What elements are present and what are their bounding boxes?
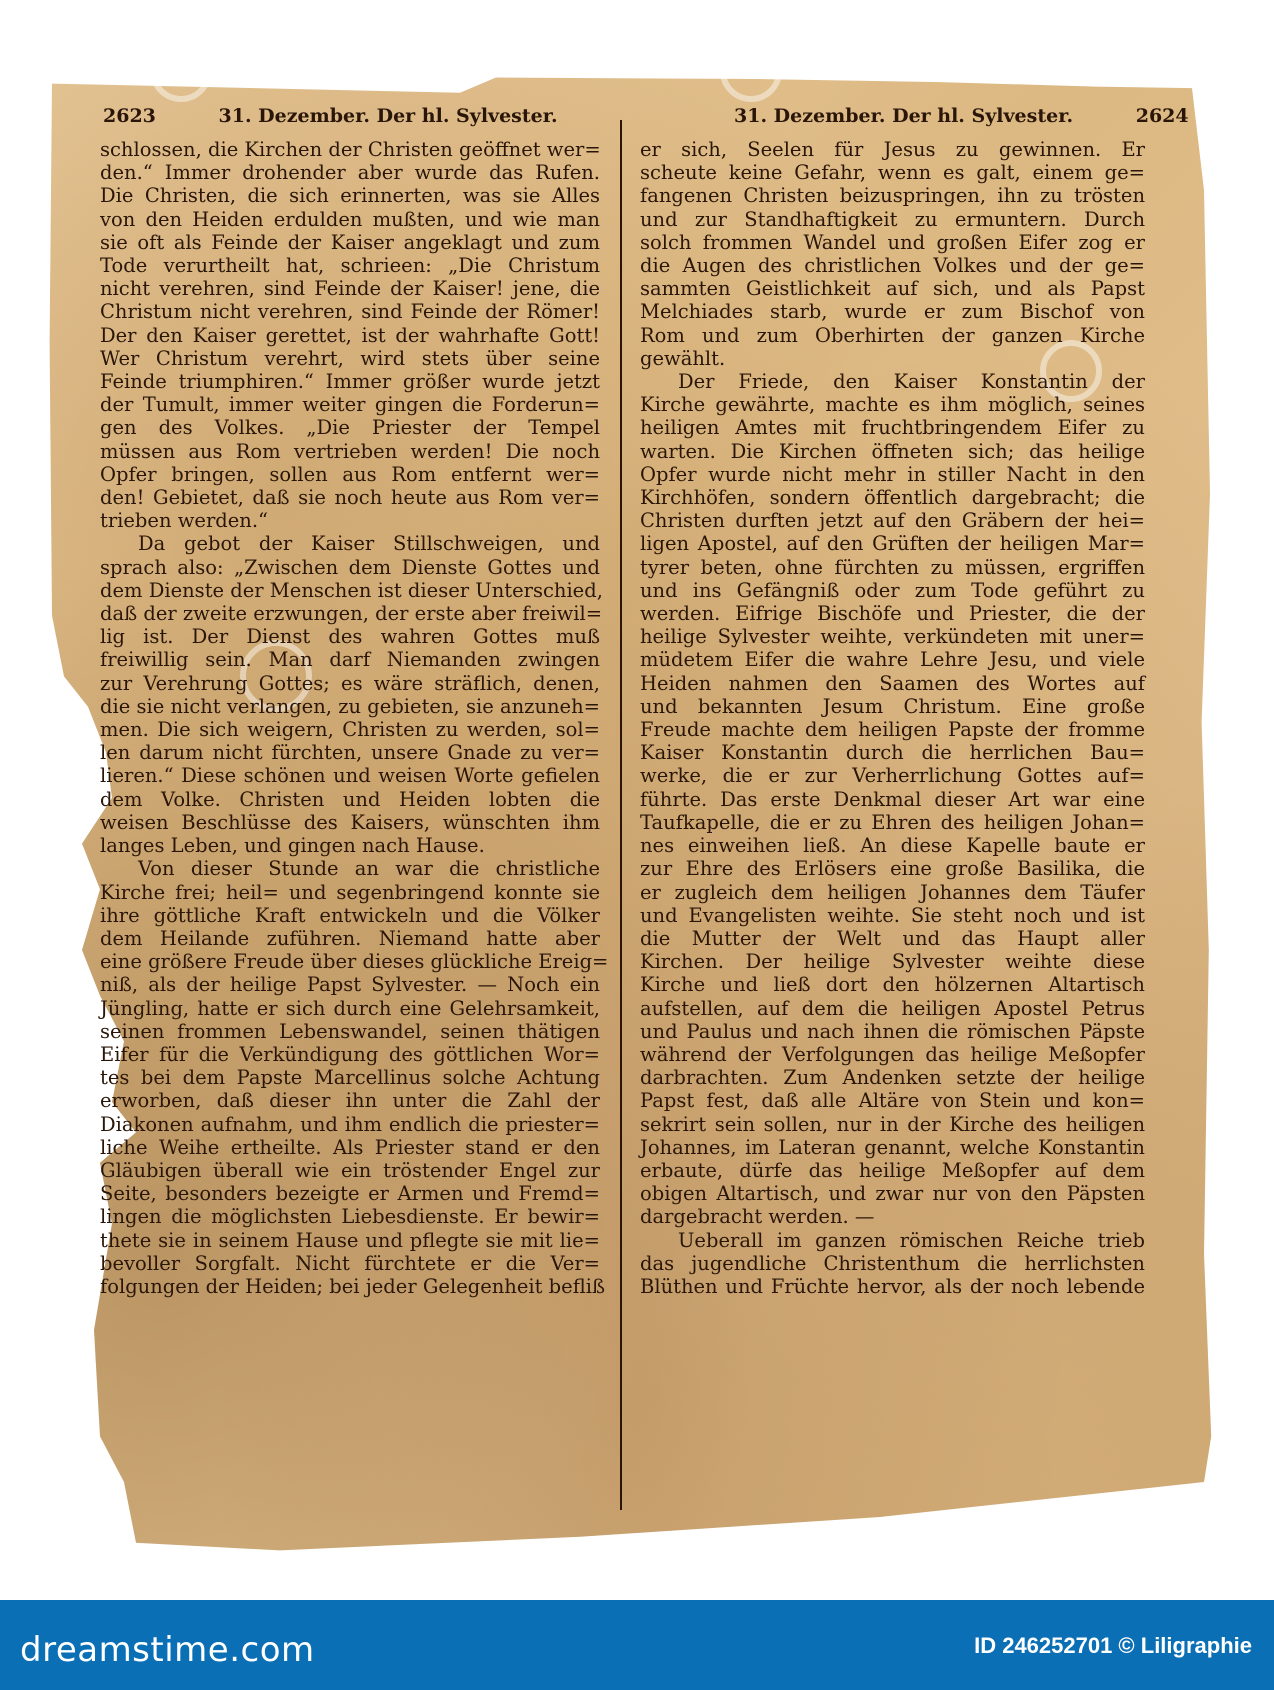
text-line: seinen frommen Lebenswandel, seinen thät… xyxy=(100,1020,600,1043)
text-line: ihre göttliche Kraft entwickeln und die … xyxy=(100,904,600,927)
text-line: Jüngling, hatte er sich durch eine Geleh… xyxy=(100,997,600,1020)
text-line: und Paulus und nach ihnen die römischen … xyxy=(640,1020,1145,1043)
text-line: müdetem Eifer die wahre Lehre Jesu, und … xyxy=(640,648,1145,671)
text-line: Der Friede, den Kaiser Konstantin der xyxy=(640,370,1145,393)
text-line: thete sie in seinem Hause und pflegte si… xyxy=(100,1229,600,1252)
text-line: Kirche gewährte, machte es ihm möglich, … xyxy=(640,393,1145,416)
text-line: den! Gebietet, daß sie noch heute aus Ro… xyxy=(100,486,600,509)
text-line: Da gebot der Kaiser Stillschweigen, und xyxy=(100,532,600,555)
text-line: gen des Volkes. „Die Priester der Tempel xyxy=(100,416,600,439)
text-line: Freude machte dem heiligen Papste der fr… xyxy=(640,718,1145,741)
text-line: heiligen Amtes mit fruchtbringendem Eife… xyxy=(640,416,1145,439)
text-line: aufstellen, auf dem die heiligen Apostel… xyxy=(640,997,1145,1020)
text-line: werden. Eifrige Bischöfe und Priester, d… xyxy=(640,602,1145,625)
text-line: die Mutter der Welt und das Haupt aller xyxy=(640,927,1145,950)
column-divider xyxy=(620,120,622,1510)
text-line: Opfer wurde nicht mehr in stiller Nacht … xyxy=(640,463,1145,486)
text-line: die Augen des christlichen Volkes und de… xyxy=(640,254,1145,277)
text-line: daß der zweite erzwungen, der erste aber… xyxy=(100,602,600,625)
text-line: Feinde triumphiren.“ Immer größer wurde … xyxy=(100,370,600,393)
text-line: dem Dienste der Menschen ist dieser Unte… xyxy=(100,579,600,602)
text-line: tes bei dem Papste Marcellinus solche Ac… xyxy=(100,1066,600,1089)
text-line: trieben werden.“ xyxy=(100,509,600,532)
text-line: langes Leben, und gingen nach Hause. xyxy=(100,834,600,857)
text-line: Diakonen aufnahm, und ihm endlich die pr… xyxy=(100,1113,600,1136)
right-page-header: 31. Dezember. Der hl. Sylvester. 2624 xyxy=(734,105,1189,127)
text-line: lieren.“ Diese schönen und weisen Worte … xyxy=(100,764,600,787)
text-line: zur Ehre des Erlösers eine große Basilik… xyxy=(640,857,1145,880)
text-line: von den Heiden erdulden mußten, und wie … xyxy=(100,208,600,231)
text-line: eine größere Freude über dieses glücklic… xyxy=(100,950,600,973)
text-line: gewählt. xyxy=(640,347,1145,370)
text-line: sprach also: „Zwischen dem Dienste Gotte… xyxy=(100,556,600,579)
text-line: Der den Kaiser gerettet, ist der wahrhaf… xyxy=(100,324,600,347)
text-line: sie oft als Feinde der Kaiser angeklagt … xyxy=(100,231,600,254)
text-line: weisen Beschlüsse des Kaisers, wünschten… xyxy=(100,811,600,834)
text-line: Tode verurtheilt hat, schrieen: „Die Chr… xyxy=(100,254,600,277)
text-line: Ueberall im ganzen römischen Reiche trie… xyxy=(640,1229,1145,1252)
text-line: Wer Christum verehrt, wird stets über se… xyxy=(100,347,600,370)
text-line: tyrer beten, ohne fürchten zu müssen, er… xyxy=(640,556,1145,579)
text-line: müssen aus Rom vertrieben werden! Die no… xyxy=(100,440,600,463)
text-line: lingen die möglichsten Liebesdienste. Er… xyxy=(100,1205,600,1228)
text-line: Johannes, im Lateran genannt, welche Kon… xyxy=(640,1136,1145,1159)
text-line: Kirche frei; heil= und segenbringend kon… xyxy=(100,881,600,904)
text-line: Eifer für die Verkündigung des göttliche… xyxy=(100,1043,600,1066)
text-line: Kirchen. Der heilige Sylvester weihte di… xyxy=(640,950,1145,973)
text-line: Opfer bringen, sollen aus Rom entfernt w… xyxy=(100,463,600,486)
text-line: freiwillig sein. Man darf Niemanden zwin… xyxy=(100,648,600,671)
text-line: folgungen der Heiden; bei jeder Gelegenh… xyxy=(100,1275,600,1298)
text-line: Kirche und ließ dort den hölzernen Altar… xyxy=(640,973,1145,996)
text-line: Kaiser Konstantin durch die herrlichen B… xyxy=(640,741,1145,764)
text-line: führte. Das erste Denkmal dieser Art war… xyxy=(640,788,1145,811)
left-text-column: schlossen, die Kirchen der Christen geöf… xyxy=(100,138,600,1298)
text-line: Heiden nahmen den Saamen des Wortes auf xyxy=(640,672,1145,695)
dreamstime-logo: dreamstime.com xyxy=(20,1630,315,1670)
text-line: men. Die sich weigern, Christen zu werde… xyxy=(100,718,600,741)
text-line: dem Heilande zuführen. Niemand hatte abe… xyxy=(100,927,600,950)
text-line: liche Weihe ertheilte. Als Priester stan… xyxy=(100,1136,600,1159)
text-line: und bekannten Jesum Christum. Eine große xyxy=(640,695,1145,718)
text-line: Von dieser Stunde an war die christliche xyxy=(100,857,600,880)
text-line: er sich, Seelen für Jesus zu gewinnen. E… xyxy=(640,138,1145,161)
text-line: Rom und zum Oberhirten der ganzen Kirche xyxy=(640,324,1145,347)
text-line: scheute keine Gefahr, wenn es galt, eine… xyxy=(640,161,1145,184)
text-line: Christen durften jetzt auf den Gräbern d… xyxy=(640,509,1145,532)
text-line: darbrachten. Zum Andenken setzte der hei… xyxy=(640,1066,1145,1089)
text-line: erworben, daß dieser ihn unter die Zahl … xyxy=(100,1089,600,1112)
text-line: und Evangelisten weihte. Sie steht noch … xyxy=(640,904,1145,927)
watermark-spiral-icon xyxy=(150,40,212,102)
left-running-title: 31. Dezember. Der hl. Sylvester. xyxy=(219,105,558,127)
text-line: dem Volke. Christen und Heiden lobten di… xyxy=(100,788,600,811)
text-line: Christum nicht verehren, sind Feinde der… xyxy=(100,300,600,323)
text-line: lig ist. Der Dienst des wahren Gottes mu… xyxy=(100,625,600,648)
text-line: heilige Sylvester weihte, verkündeten mi… xyxy=(640,625,1145,648)
right-page-number: 2624 xyxy=(1136,105,1189,127)
text-line: dargebracht werden. — xyxy=(640,1205,1145,1228)
text-line: nicht verehren, sind Feinde der Kaiser! … xyxy=(100,277,600,300)
text-line: werke, die er zur Verherrlichung Gottes … xyxy=(640,764,1145,787)
text-line: und ins Gefängniß oder zum Tode geführt … xyxy=(640,579,1145,602)
right-running-title: 31. Dezember. Der hl. Sylvester. xyxy=(734,105,1073,127)
text-line: Papst fest, daß alle Altäre von Stein un… xyxy=(640,1089,1145,1112)
text-line: niß, als der heilige Papst Sylvester. — … xyxy=(100,973,600,996)
text-line: sekrirt sein sollen, nur in der Kirche d… xyxy=(640,1113,1145,1136)
text-line: schlossen, die Kirchen der Christen geöf… xyxy=(100,138,600,161)
text-line: Gläubigen überall wie ein tröstender Eng… xyxy=(100,1159,600,1182)
text-line: er zugleich dem heiligen Johannes dem Tä… xyxy=(640,881,1145,904)
text-line: len darum nicht fürchten, unsere Gnade z… xyxy=(100,741,600,764)
text-line: bevoller Sorgfalt. Nicht fürchtete er di… xyxy=(100,1252,600,1275)
text-line: nes einweihen ließ. An diese Kapelle bau… xyxy=(640,834,1145,857)
text-line: warten. Die Kirchen öffneten sich; das h… xyxy=(640,440,1145,463)
text-line: Blüthen und Früchte hervor, als der noch… xyxy=(640,1275,1145,1298)
text-line: der Tumult, immer weiter gingen die Ford… xyxy=(100,393,600,416)
text-line: Melchiades starb, wurde er zum Bischof v… xyxy=(640,300,1145,323)
left-page-header: 2623 31. Dezember. Der hl. Sylvester. xyxy=(103,105,558,127)
text-line: erbaute, dürfe das heilige Meßopfer auf … xyxy=(640,1159,1145,1182)
stock-photo-footer-bar: dreamstime.com ID 246252701 © Liligraphi… xyxy=(0,1600,1274,1690)
text-line: das jugendliche Christenthum die herrlic… xyxy=(640,1252,1145,1275)
text-line: Kirchhöfen, sondern öffentlich dargebrac… xyxy=(640,486,1145,509)
left-page-number: 2623 xyxy=(103,105,156,127)
text-line: während der Verfolgungen das heilige Meß… xyxy=(640,1043,1145,1066)
text-line: Die Christen, die sich erinnerten, was s… xyxy=(100,184,600,207)
text-line: den.“ Immer drohender aber wurde das Ruf… xyxy=(100,161,600,184)
text-line: solch frommen Wandel und großen Eifer zo… xyxy=(640,231,1145,254)
text-line: die sie nicht verlangen, zu gebieten, si… xyxy=(100,695,600,718)
text-line: ligen Apostel, auf den Grüften der heili… xyxy=(640,532,1145,555)
right-text-column: er sich, Seelen für Jesus zu gewinnen. E… xyxy=(640,138,1145,1298)
text-line: Seite, besonders bezeigte er Armen und F… xyxy=(100,1182,600,1205)
text-line: sammten Geistlichkeit auf sich, und als … xyxy=(640,277,1145,300)
text-line: fangenen Christen beizuspringen, ihn zu … xyxy=(640,184,1145,207)
text-line: Taufkapelle, die er zu Ehren des heilige… xyxy=(640,811,1145,834)
text-line: und zur Standhaftigkeit zu ermuntern. Du… xyxy=(640,208,1145,231)
text-line: zur Verehrung Gottes; es wäre sträflich,… xyxy=(100,672,600,695)
image-credit: ID 246252701 © Liligraphie xyxy=(974,1633,1252,1659)
watermark-spiral-icon xyxy=(720,40,782,102)
text-line: obigen Altartisch, und zwar nur von den … xyxy=(640,1182,1145,1205)
